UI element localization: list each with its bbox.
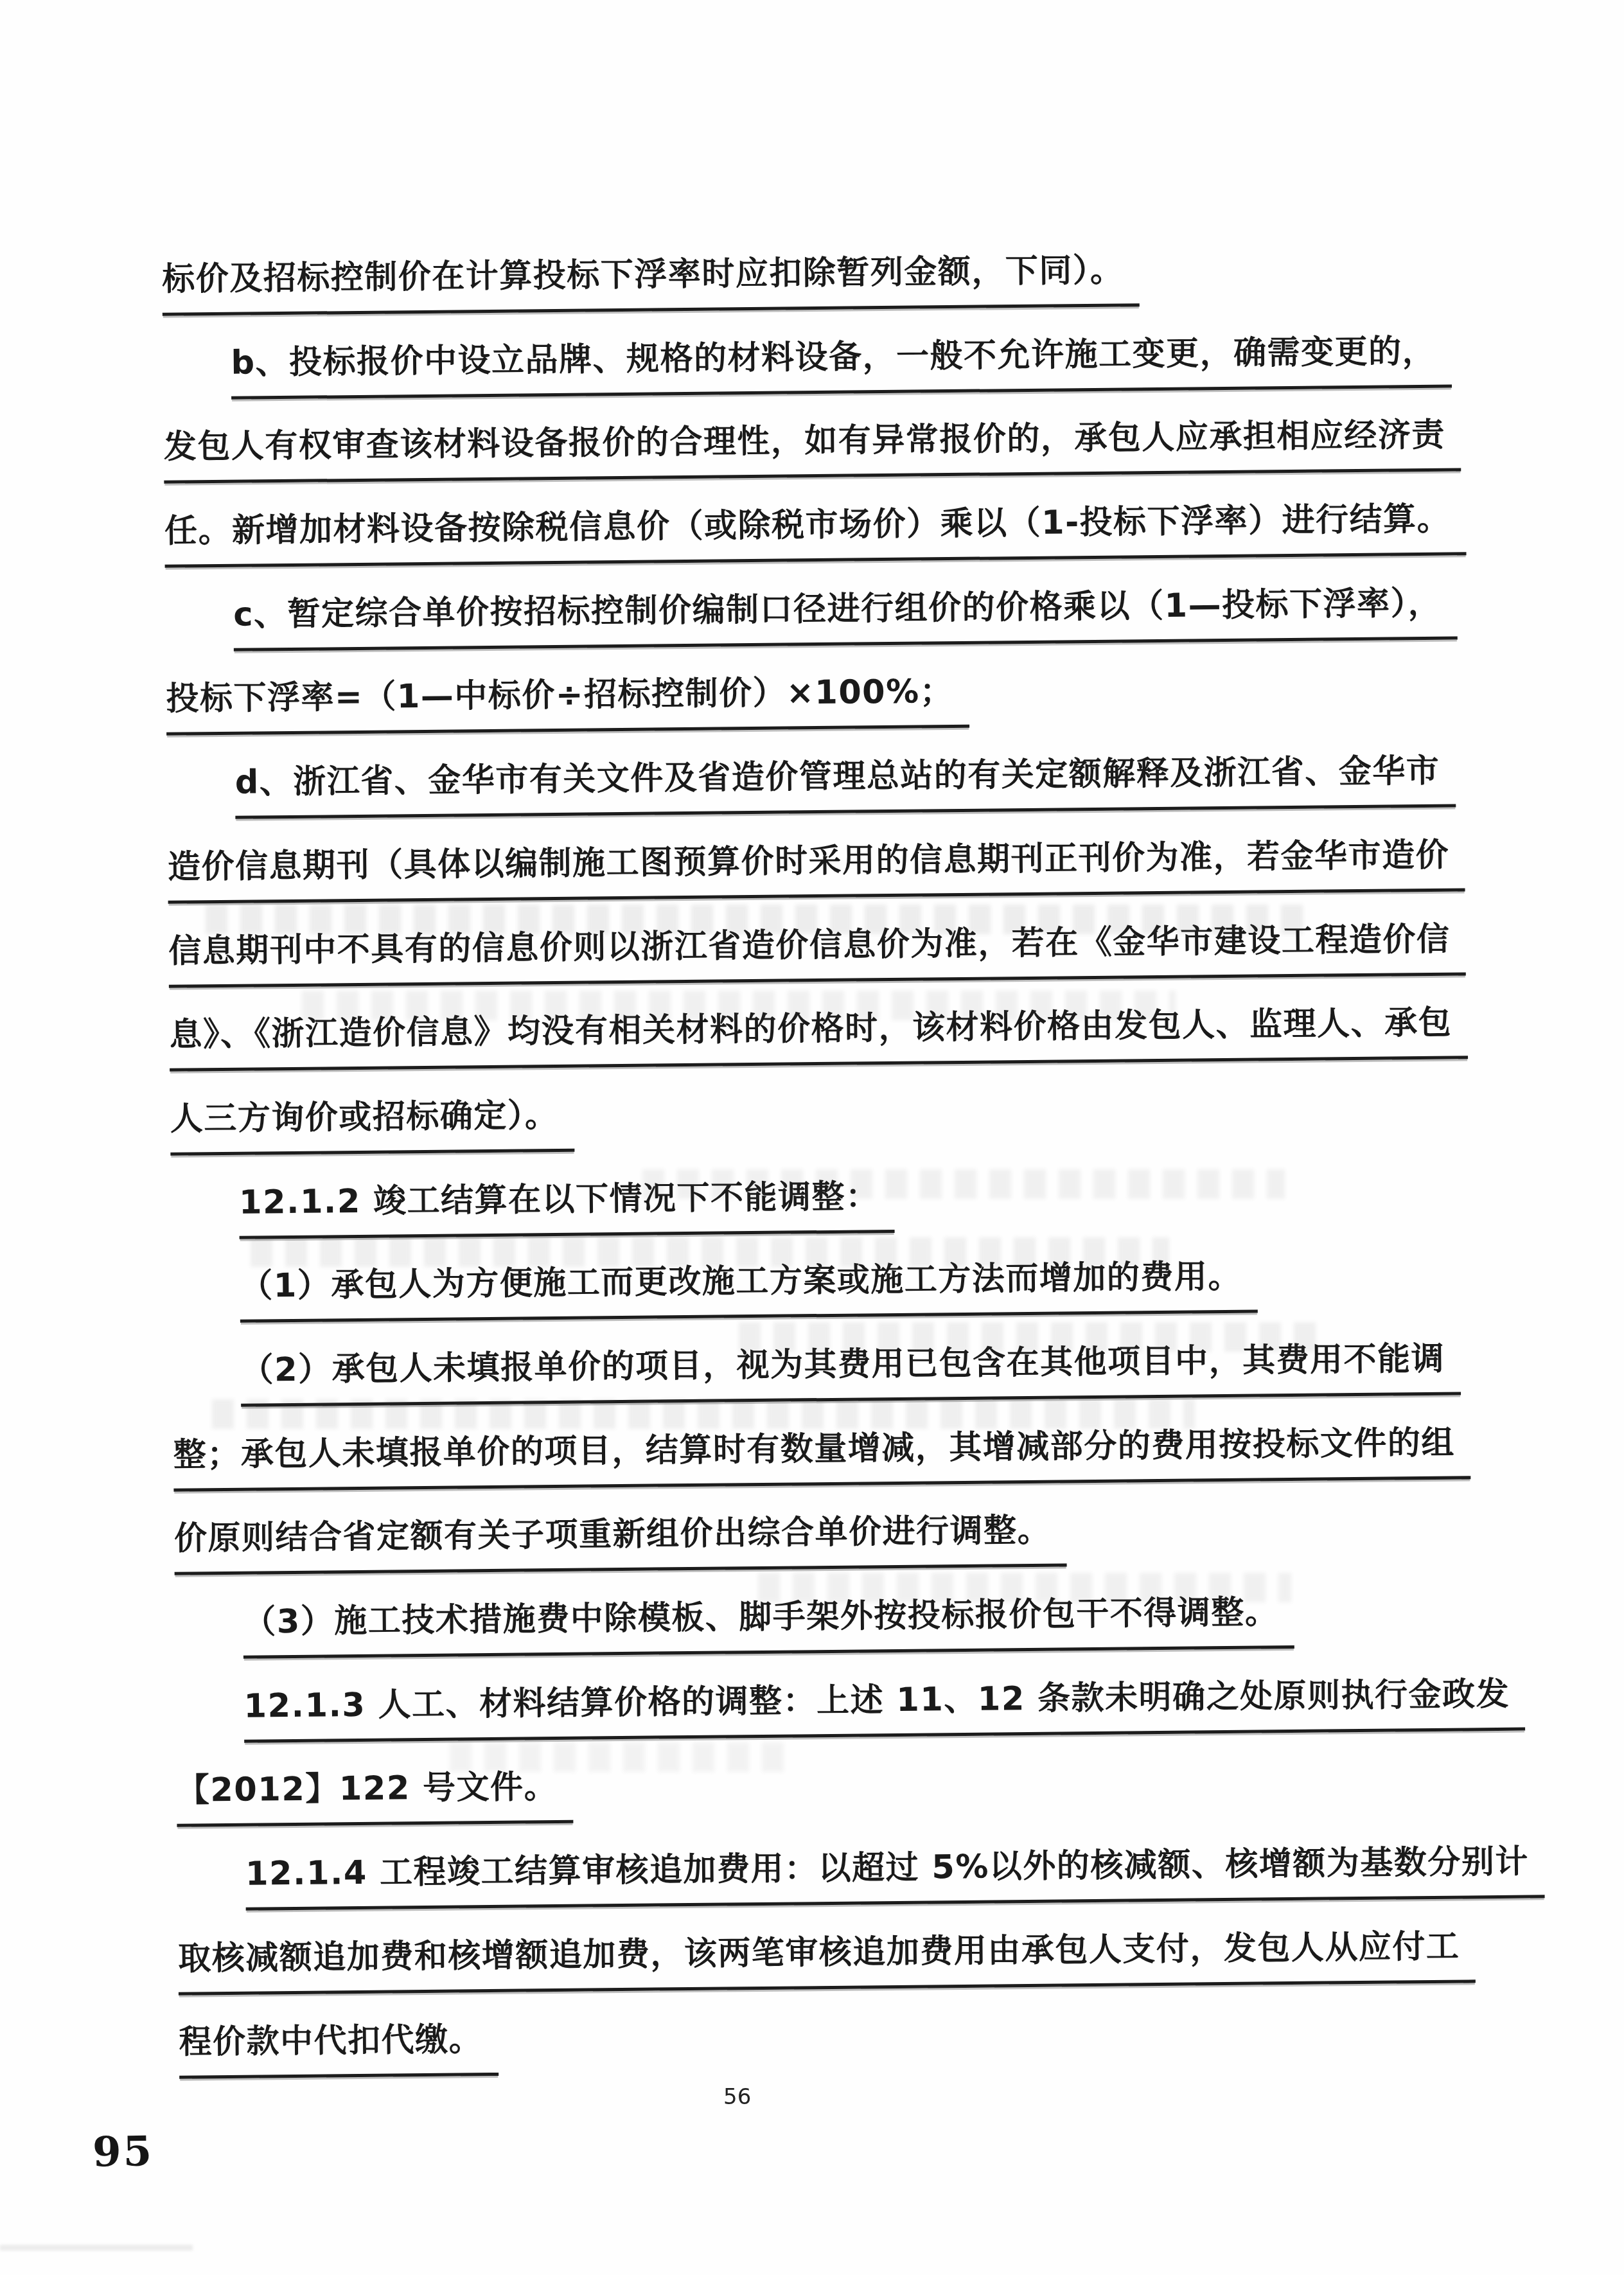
folio-stamp: 95	[92, 2127, 154, 2177]
document-line: 程价款中代扣代缴。	[179, 2012, 1361, 2107]
document-line: 造价信息期刊（具体以编制施工图预算价时采用的信息期刊正刊价为准，若金华市造价	[168, 837, 1350, 932]
document-line: 价原则结合省定额有关子项重新组价出综合单价进行调整。	[174, 1508, 1357, 1603]
underlined-text: 造价信息期刊（具体以编制施工图预算价时采用的信息期刊正刊价为准，若金华市造价	[168, 835, 1465, 903]
underlined-text: d、浙江省、金华市有关文件及省造价管理总站的有关定额解释及浙江省、金华市	[235, 752, 1456, 819]
scanned-contract-page: 标价及招标控制价在计算投标下浮率时应扣除暂列金额，下同）。 b、投标报价中设立品…	[0, 0, 1624, 2275]
document-line: 12.1.3 人工、材料结算价格的调整：上述 11、12 条款未明确之处原则执行…	[175, 1676, 1358, 1771]
underlined-text: 标价及招标控制价在计算投标下浮率时应扣除暂列金额，下同）。	[162, 251, 1140, 316]
underlined-text: 取核减额追加费和核增额追加费，该两笔审核追加费用由承包人支付，发包人从应付工	[178, 1927, 1476, 1995]
document-line: 【2012】122 号文件。	[177, 1760, 1359, 1855]
underlined-text: c、暂定综合单价按招标控制价编制口径进行组价的价格乘以（1—投标下浮率），	[233, 583, 1457, 651]
document-line: （2）承包人未填报单价的项目，视为其费用已包含在其他项目中，其费用不能调	[172, 1340, 1355, 1435]
document-line: （1）承包人为方便施工而更改施工方案或施工方法而增加的费用。	[172, 1256, 1354, 1351]
document-line: 标价及招标控制价在计算投标下浮率时应扣除暂列金额，下同）。	[162, 249, 1345, 344]
underlined-text: 【2012】122 号文件。	[177, 1767, 574, 1827]
underlined-text: 息》、《浙江造价信息》均没有相关材料的价格时，该材料价格由发包人、监理人、承包	[169, 1004, 1467, 1072]
underlined-text: （1）承包人为方便施工而更改施工方案或施工方法而增加的费用。	[240, 1257, 1257, 1323]
underlined-text: 程价款中代扣代缴。	[179, 2020, 498, 2079]
underlined-text: 价原则结合省定额有关子项重新组价出综合单价进行调整。	[174, 1511, 1067, 1575]
underlined-text: 12.1.3 人工、材料结算价格的调整：上述 11、12 条款未明确之处原则执行…	[243, 1674, 1525, 1742]
underlined-text: 任。新增加材料设备按除税信息价（或除税市场价）乘以（1-投标下浮率）进行结算。	[164, 499, 1467, 567]
document-line: b、投标报价中设立品牌、规格的材料设备，一般不允许施工变更，确需变更的，	[163, 333, 1345, 428]
document-line: 取核减额追加费和核增额追加费，该两笔审核追加费用由承包人支付，发包人从应付工	[178, 1928, 1361, 2023]
underlined-text: 发包人有权审查该材料设备报价的合理性，如有异常报价的，承包人应承担相应经济责	[164, 416, 1461, 484]
document-line: 12.1.2 竣工结算在以下情况下不能调整：	[171, 1173, 1354, 1268]
underlined-text: b、投标报价中设立品牌、规格的材料设备，一般不允许施工变更，确需变更的，	[231, 332, 1451, 399]
underlined-text: 信息期刊中不具有的信息价则以浙江省造价信息价为准，若在《金华市建设工程造价信	[168, 919, 1466, 987]
document-text-block: 标价及招标控制价在计算投标下浮率时应扣除暂列金额，下同）。 b、投标报价中设立品…	[162, 249, 1362, 2107]
page-number: 56	[723, 2084, 751, 2110]
document-line: 息》、《浙江造价信息》均没有相关材料的价格时，该材料价格由发包人、监理人、承包	[169, 1004, 1352, 1099]
document-line: 发包人有权审查该材料设备报价的合理性，如有异常报价的，承包人应承担相应经济责	[164, 417, 1346, 512]
document-line: c、暂定综合单价按招标控制价编制口径进行组价的价格乘以（1—投标下浮率），	[165, 585, 1348, 680]
document-line: 任。新增加材料设备按除税信息价（或除税市场价）乘以（1-投标下浮率）进行结算。	[164, 500, 1347, 596]
document-line: 人三方询价或招标确定）。	[170, 1088, 1353, 1183]
underlined-text: 12.1.4 工程竣工结算审核追加费用：以超过 5%以外的核减额、核增额为基数分…	[245, 1842, 1545, 1910]
underlined-text: 整；承包人未填报单价的项目，结算时有数量增减，其增减部分的费用按投标文件的组	[173, 1423, 1471, 1491]
underlined-text: （2）承包人未填报单价的项目，视为其费用已包含在其他项目中，其费用不能调	[240, 1339, 1460, 1406]
underlined-text: 投标下浮率=（1—中标价÷招标控制价）×100%；	[166, 672, 969, 736]
underlined-text: 12.1.2 竣工结算在以下情况下不能调整：	[239, 1177, 895, 1239]
scan-edge-smudge	[0, 2245, 193, 2251]
document-line: 整；承包人未填报单价的项目，结算时有数量增减，其增减部分的费用按投标文件的组	[173, 1424, 1356, 1519]
underlined-text: 人三方询价或招标确定）。	[170, 1096, 574, 1156]
document-line: 12.1.4 工程竣工结算审核追加费用：以超过 5%以外的核减额、核增额为基数分…	[177, 1844, 1360, 1939]
document-line: 投标下浮率=（1—中标价÷招标控制价）×100%；	[166, 669, 1348, 764]
document-line: d、浙江省、金华市有关文件及省造价管理总站的有关定额解释及浙江省、金华市	[167, 752, 1350, 847]
document-line: （3）施工技术措施费中除模板、脚手架外按投标报价包干不得调整。	[175, 1592, 1357, 1687]
underlined-text: （3）施工技术措施费中除模板、脚手架外按投标报价包干不得调整。	[243, 1593, 1294, 1659]
document-line: 信息期刊中不具有的信息价则以浙江省造价信息价为准，若在《金华市建设工程造价信	[168, 921, 1351, 1016]
